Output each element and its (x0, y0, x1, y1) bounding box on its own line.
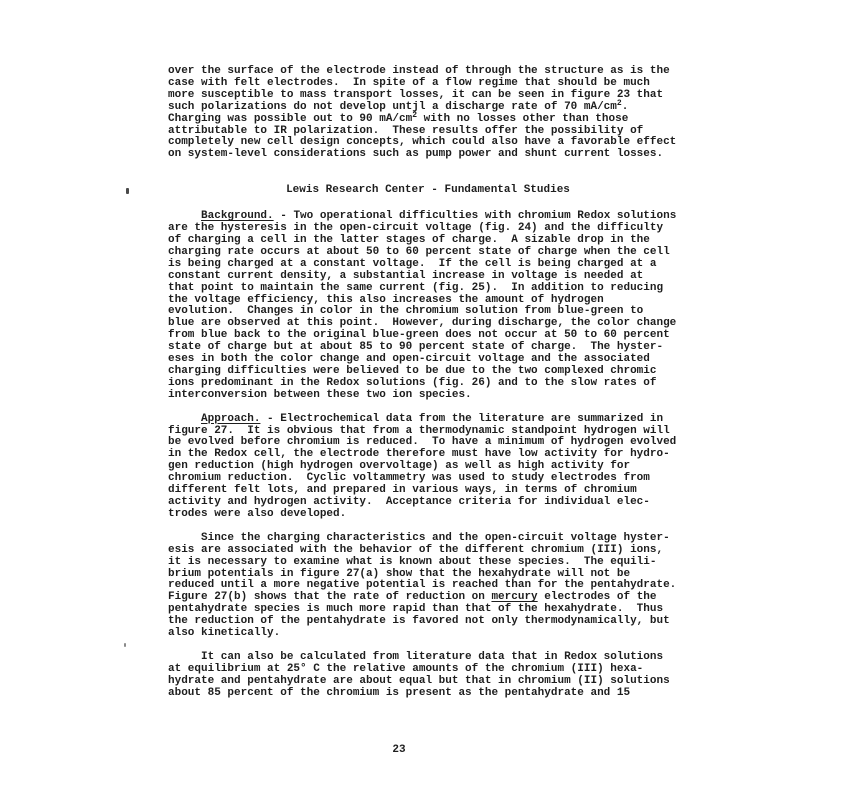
page-number: 23 (168, 744, 630, 756)
document-page: over the surface of the electrode instea… (0, 0, 847, 785)
scan-speck (124, 643, 126, 647)
equilibrium-paragraph: It can also be calculated from literatur… (168, 652, 688, 700)
approach-paragraph: Approach. - Electrochemical data from th… (168, 414, 688, 521)
document-body: over the surface of the electrode instea… (168, 66, 688, 700)
section-heading: Lewis Research Center - Fundamental Stud… (168, 185, 688, 197)
scan-speck (126, 188, 129, 194)
continuation-paragraph: over the surface of the electrode instea… (168, 66, 688, 161)
chromium-species-paragraph: Since the charging characteristics and t… (168, 533, 688, 640)
background-paragraph: Background. - Two operational difficulti… (168, 211, 688, 402)
